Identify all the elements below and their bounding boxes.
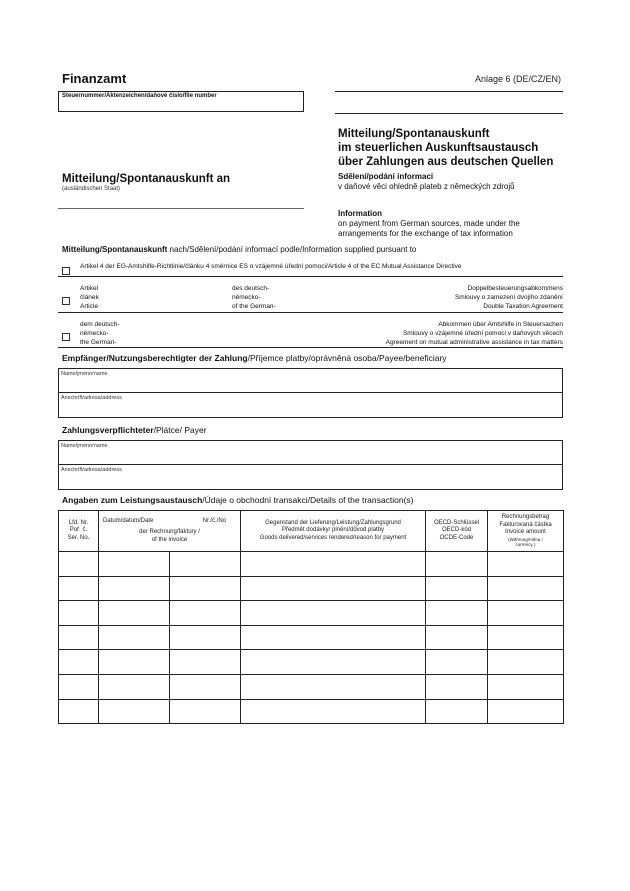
col-serial: Lfd. Nr. Poř. č. Ser. No. [59,511,99,552]
cell-serial[interactable] [59,601,99,626]
cell-amount[interactable] [488,699,564,724]
table-row [59,674,564,699]
col-serial-de: Lfd. Nr. [59,520,98,528]
table-row [59,699,564,724]
table-row [59,576,564,601]
dta-article-de: Artikel [80,284,99,293]
dta-agreement-en: Double Taxation Agreement [455,302,563,311]
transactions-heading-rest: /Údaje o obchodní transakci/Details of t… [202,495,413,505]
payer-box: Name/jméno/name Anschrift/adresa/address [58,440,563,490]
cell-invoice-number[interactable] [170,699,241,724]
cell-invoice-date[interactable] [99,699,170,724]
tax-office-label: Finanzamt [62,71,126,86]
dta-col1: Artikel článek Article [80,284,99,311]
payer-name-field[interactable]: Name/jméno/name [59,441,562,465]
en-text: on payment from German sources, made und… [338,219,520,239]
table-header-row: Lfd. Nr. Poř. č. Ser. No. Datum/datum/Da… [59,511,564,552]
annex-label: Anlage 6 (DE/CZ/EN) [475,74,561,84]
maa-country-en: the German- [80,338,119,347]
col-amount-de: Rechnungsbetrag [488,514,563,522]
col-invoice-span-cz: der Rechnung/faktury / [99,529,240,537]
transactions-heading-bold: Angaben zum Leistungsaustausch [62,495,202,505]
maa-country-de: dem deutsch- [80,320,119,329]
cell-oecd[interactable] [426,552,488,577]
cell-invoice-date[interactable] [99,650,170,675]
transactions-body [59,552,564,724]
col-subject-cz: Předmět dodávky/ plnění/důvod platby [241,527,425,535]
tax-office-line-2[interactable] [335,113,563,114]
file-number-label: Steuernummer/Aktenzeichen/daňové číslo/f… [62,93,217,99]
divider [58,312,563,313]
legal-basis-heading: Mitteilung/Spontanauskunft nach/Sdělení/… [62,245,416,254]
maa-country-cz: německo- [80,329,119,338]
cell-subject[interactable] [241,552,426,577]
legal-basis-heading-bold: Mitteilung/Spontanauskunft [62,245,167,254]
col-invoice-date: Datum/datum/Date [103,518,153,526]
dta-col2: des deutsch- německo- of the German- [232,284,276,311]
cell-oecd[interactable] [426,576,488,601]
cell-serial[interactable] [59,552,99,577]
cell-amount[interactable] [488,674,564,699]
file-number-field[interactable]: Steuernummer/Aktenzeichen/daňové číslo/f… [58,91,304,112]
col-serial-cz: Poř. č. [59,527,98,535]
maa-agreement-de: Abkommen über Amtshilfe in Steuersachen [386,320,563,329]
col-subject-en: Goods delivered/services rendered/reason… [241,535,425,543]
maa-col1: dem deutsch- německo- the German- [80,320,119,347]
dta-agreement-cz: Smlouvy o zamezení dvojího zdanění [455,293,563,302]
form-title: Mitteilung/Spontanauskunft im steuerlich… [338,127,553,169]
cell-invoice-number[interactable] [170,650,241,675]
cell-invoice-date[interactable] [99,674,170,699]
payee-address-label: Anschrift/adresa/address [61,395,122,401]
payer-address-label: Anschrift/adresa/address [61,467,122,473]
cell-subject[interactable] [241,674,426,699]
recipient-state-field[interactable] [58,208,304,209]
payee-box: Name/jméno/name Anschrift/adresa/address [58,368,563,418]
cell-amount[interactable] [488,625,564,650]
cell-invoice-date[interactable] [99,552,170,577]
dta-agreement-de: Doppelbesteuerungsabkommens [455,284,563,293]
dta-article-en: Article [80,302,99,311]
recipient-state-title: Mitteilung/Spontanauskunft an [62,173,230,185]
col-invoice: Datum/datum/Date Nr./č./No der Rechnung/… [99,511,241,552]
table-row [59,552,564,577]
form-title-line-1: Mitteilung/Spontanauskunft [338,127,553,141]
cell-invoice-number[interactable] [170,552,241,577]
maa-agreement-en: Agreement on mutual administrative assis… [386,338,563,347]
cell-oecd[interactable] [426,674,488,699]
payee-heading-bold: Empfänger/Nutzungsberechtigter der Zahlu… [62,353,248,363]
recipient-state-subtitle: (ausländischen Staat) [62,186,120,192]
cell-amount[interactable] [488,576,564,601]
col-oecd-en: OCDE-Code [426,535,487,543]
checkbox-eu-directive[interactable] [62,267,70,275]
legal-basis-heading-rest: nach/Sdělení/podání informací podle/Info… [167,245,416,254]
dta-country-en: of the German- [232,302,276,311]
dta-country-cz: německo- [232,293,276,302]
maa-col3: Abkommen über Amtshilfe in Steuersachen … [386,320,563,347]
cell-oecd[interactable] [426,601,488,626]
form-title-line-3: über Zahlungen aus deutschen Quellen [338,155,553,169]
transactions-table: Lfd. Nr. Poř. č. Ser. No. Datum/datum/Da… [58,510,564,724]
cell-oecd[interactable] [426,625,488,650]
checkbox-double-taxation[interactable] [62,297,70,305]
col-oecd-de: OECD-Schlüssel [426,520,487,528]
cell-invoice-date[interactable] [99,576,170,601]
cell-invoice-number[interactable] [170,674,241,699]
en-text-line-2: arrangements for the exchange of tax inf… [338,229,520,239]
col-serial-en: Ser. No. [59,535,98,543]
cell-invoice-number[interactable] [170,625,241,650]
cell-subject[interactable] [241,576,426,601]
cell-invoice-number[interactable] [170,576,241,601]
table-row [59,650,564,675]
en-text-line-1: on payment from German sources, made und… [338,219,520,229]
payer-address-field[interactable]: Anschrift/adresa/address [59,465,562,489]
payer-heading-bold: Zahlungsverpflichteter [62,425,154,435]
cell-amount[interactable] [488,552,564,577]
payee-heading: Empfänger/Nutzungsberechtigter der Zahlu… [62,353,447,363]
cell-oecd[interactable] [426,699,488,724]
table-row [59,625,564,650]
cell-amount[interactable] [488,601,564,626]
cell-amount[interactable] [488,650,564,675]
col-amount: Rechnungsbetrag Fakturovaná částka Invoi… [488,511,564,552]
dta-article-cz: článek [80,293,99,302]
option-eu-directive-text: Artikel 4 der EG-Amtshilfe-Richtlinie/čl… [80,262,462,271]
cell-invoice-date[interactable] [99,601,170,626]
tax-office-line[interactable] [335,91,563,92]
payer-heading: Zahlungsverpflichteter/Plátce/ Payer [62,425,207,435]
col-oecd-cz: OECD-kód [426,527,487,535]
dta-col3: Doppelbesteuerungsabkommens Smlouvy o za… [455,284,563,311]
cell-serial[interactable] [59,674,99,699]
cell-subject[interactable] [241,601,426,626]
cell-serial[interactable] [59,650,99,675]
col-amount-note-2: currency ) [488,542,563,548]
payee-address-field[interactable]: Anschrift/adresa/address [59,393,562,417]
checkbox-mutual-assistance[interactable] [62,333,70,341]
payer-heading-rest: /Plátce/ Payer [154,425,207,435]
col-amount-en: Invoice amount [488,529,563,537]
cell-serial[interactable] [59,625,99,650]
dta-country-de: des deutsch- [232,284,276,293]
payee-name-field[interactable]: Name/jméno/name [59,369,562,393]
cell-oecd[interactable] [426,650,488,675]
cz-text: v daňové věci ohledně plateb z německých… [338,182,515,191]
col-invoice-span-en: of the invoice [99,537,240,545]
payee-name-label: Name/jméno/name [61,371,107,377]
cz-title: Sdělení/podání informaci [338,172,433,181]
table-row [59,601,564,626]
col-amount-cz: Fakturovaná částka [488,522,563,530]
cell-serial[interactable] [59,576,99,601]
payee-heading-rest: /Příjemce platby/oprávněná osoba/Payee/b… [248,353,447,363]
payer-name-label: Name/jméno/name [61,443,107,449]
form-title-line-2: im steuerlichen Auskunftsaustausch [338,141,553,155]
cell-subject[interactable] [241,650,426,675]
divider [58,347,563,348]
cell-subject[interactable] [241,699,426,724]
cell-invoice-number[interactable] [170,601,241,626]
maa-agreement-cz: Smlouvy o vzájemné úřední pomoci v daňov… [386,329,563,338]
cell-serial[interactable] [59,699,99,724]
divider [58,276,563,277]
en-title: Information [338,209,382,218]
transactions-heading: Angaben zum Leistungsaustausch/Údaje o o… [62,495,413,505]
col-subject: Gegenstand der Lieferung/Leistung/Zahlun… [241,511,426,552]
cell-invoice-date[interactable] [99,625,170,650]
col-oecd: OECD-Schlüssel OECD-kód OCDE-Code [426,511,488,552]
cell-subject[interactable] [241,625,426,650]
col-invoice-number: Nr./č./No [203,518,226,526]
